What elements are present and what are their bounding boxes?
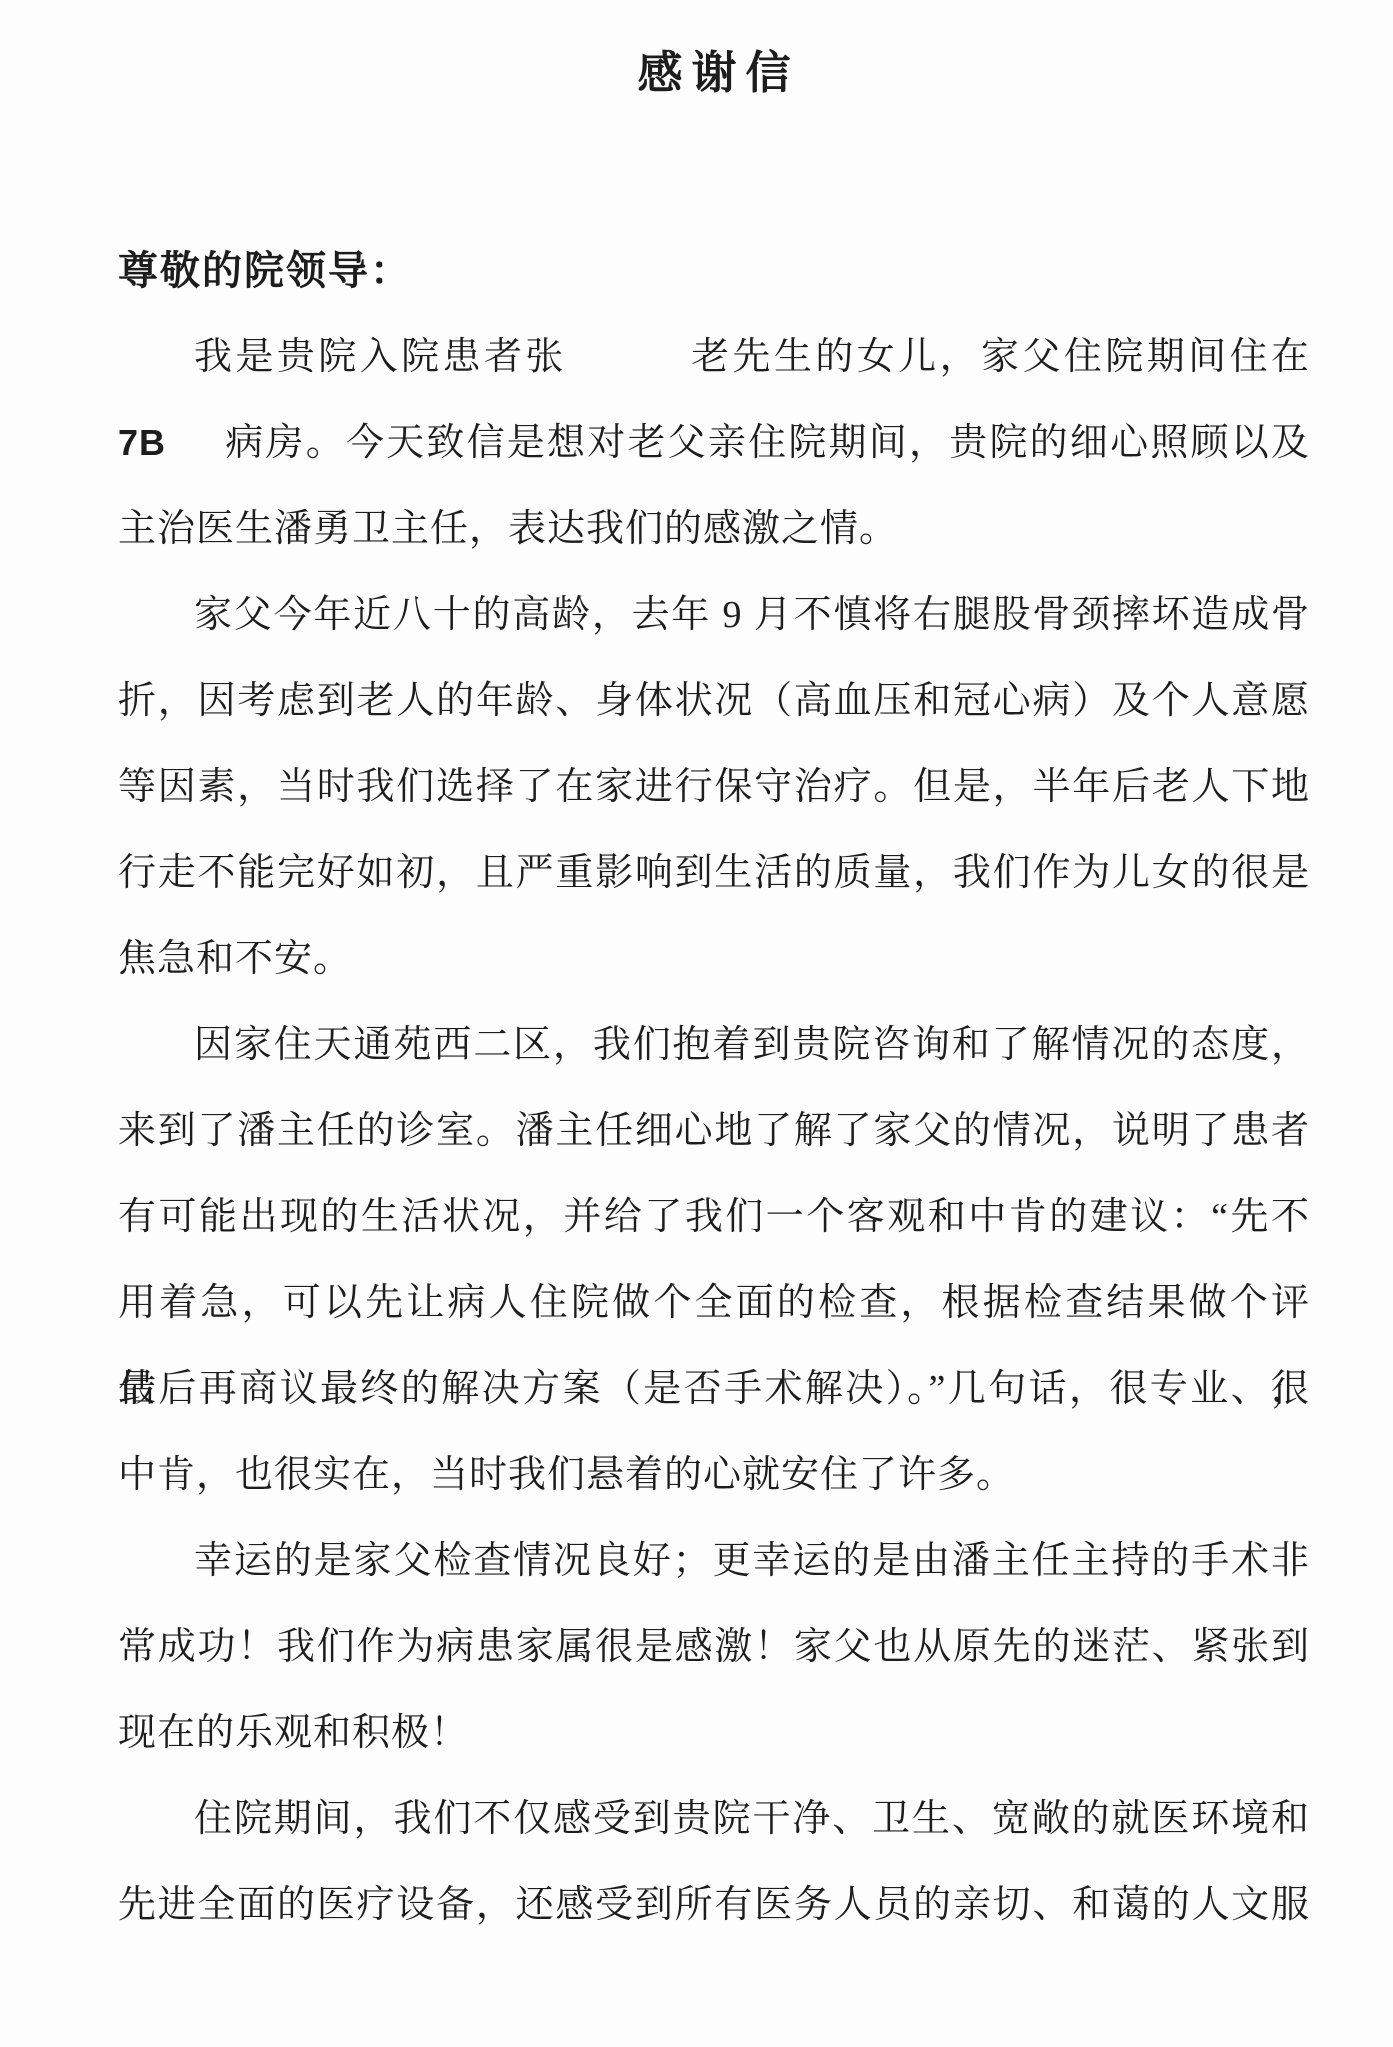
letter-line: 常成功！我们作为病患家属很是感激！家父也从原先的迷茫、紧张到 — [118, 1604, 1310, 1690]
letter-line: 因家住天通苑西二区，我们抱着到贵院咨询和了解情况的态度， — [118, 1002, 1310, 1088]
letter-line: 折，因考虑到老人的年龄、身体状况（高血压和冠心病）及个人意愿 — [118, 658, 1310, 744]
letter-line: 有可能出现的生活状况，并给了我们一个客观和中肯的建议：“先不 — [118, 1174, 1310, 1260]
paragraph-4: 幸运的是家父检查情况良好；更幸运的是由潘主任主持的手术非 常成功！我们作为病患家… — [118, 1518, 1310, 1776]
letter-line: 等因素，当时我们选择了在家进行保守治疗。但是，半年后老人下地 — [118, 744, 1310, 830]
letter-title: 感谢信 — [118, 0, 1310, 100]
ward-gap — [166, 454, 224, 455]
letter-line: 住院期间，我们不仅感受到贵院干净、卫生、宽敞的就医环境和 — [118, 1776, 1310, 1862]
paragraph-2: 家父今年近八十的高龄，去年 9 月不慎将右腿股骨颈摔坏造成骨 折，因考虑到老人的… — [118, 572, 1310, 1002]
letter-line: 幸运的是家父检查情况良好；更幸运的是由潘主任主持的手术非 — [118, 1518, 1310, 1604]
scanned-letter-page: 感谢信 尊敬的院领导： 我是贵院入院患者张 老先生的女儿，家父住院期间住在 7B… — [0, 0, 1393, 2047]
letter-line: 主治医生潘勇卫主任，表达我们的感激之情。 — [118, 486, 1310, 572]
letter-line: 行走不能完好如初，且严重影响到生活的质量，我们作为儿女的很是 — [118, 830, 1310, 916]
letter-line: 我是贵院入院患者张 老先生的女儿，家父住院期间住在 — [118, 314, 1310, 400]
paragraph-5: 住院期间，我们不仅感受到贵院干净、卫生、宽敞的就医环境和 先进全面的医疗设备，还… — [118, 1776, 1310, 1948]
letter-body: 我是贵院入院患者张 老先生的女儿，家父住院期间住在 7B病房。今天致信是想对老父… — [118, 314, 1310, 1948]
letter-line-ward: 7B病房。今天致信是想对老父亲住院期间，贵院的细心照顾以及 — [118, 400, 1310, 486]
letter-line: 来到了潘主任的诊室。潘主任细心地了解了家父的情况，说明了患者 — [118, 1088, 1310, 1174]
letter-line: 家父今年近八十的高龄，去年 9 月不慎将右腿股骨颈摔坏造成骨 — [118, 572, 1310, 658]
ward-label: 7B — [118, 422, 166, 463]
letter-line: 最后再商议最终的解决方案（是否手术解决）。”几句话，很专业、很 — [118, 1346, 1310, 1432]
letter-line: 先进全面的医疗设备，还感受到所有医务人员的亲切、和蔼的人文服 — [118, 1862, 1310, 1948]
letter-line: 用着急，可以先让病人住院做个全面的检查，根据检查结果做个评估， — [118, 1260, 1310, 1346]
letter-salutation: 尊敬的院领导： — [118, 228, 1310, 314]
letter-line-text: 病房。今天致信是想对老父亲住院期间，贵院的细心照顾以及 — [224, 422, 1310, 464]
letter-line: 中肯，也很实在，当时我们悬着的心就安住了许多。 — [118, 1432, 1310, 1518]
letter-line: 现在的乐观和积极！ — [118, 1690, 1310, 1776]
letter-line: 焦急和不安。 — [118, 916, 1310, 1002]
paragraph-3: 因家住天通苑西二区，我们抱着到贵院咨询和了解情况的态度， 来到了潘主任的诊室。潘… — [118, 1002, 1310, 1518]
paragraph-1: 我是贵院入院患者张 老先生的女儿，家父住院期间住在 7B病房。今天致信是想对老父… — [118, 314, 1310, 572]
